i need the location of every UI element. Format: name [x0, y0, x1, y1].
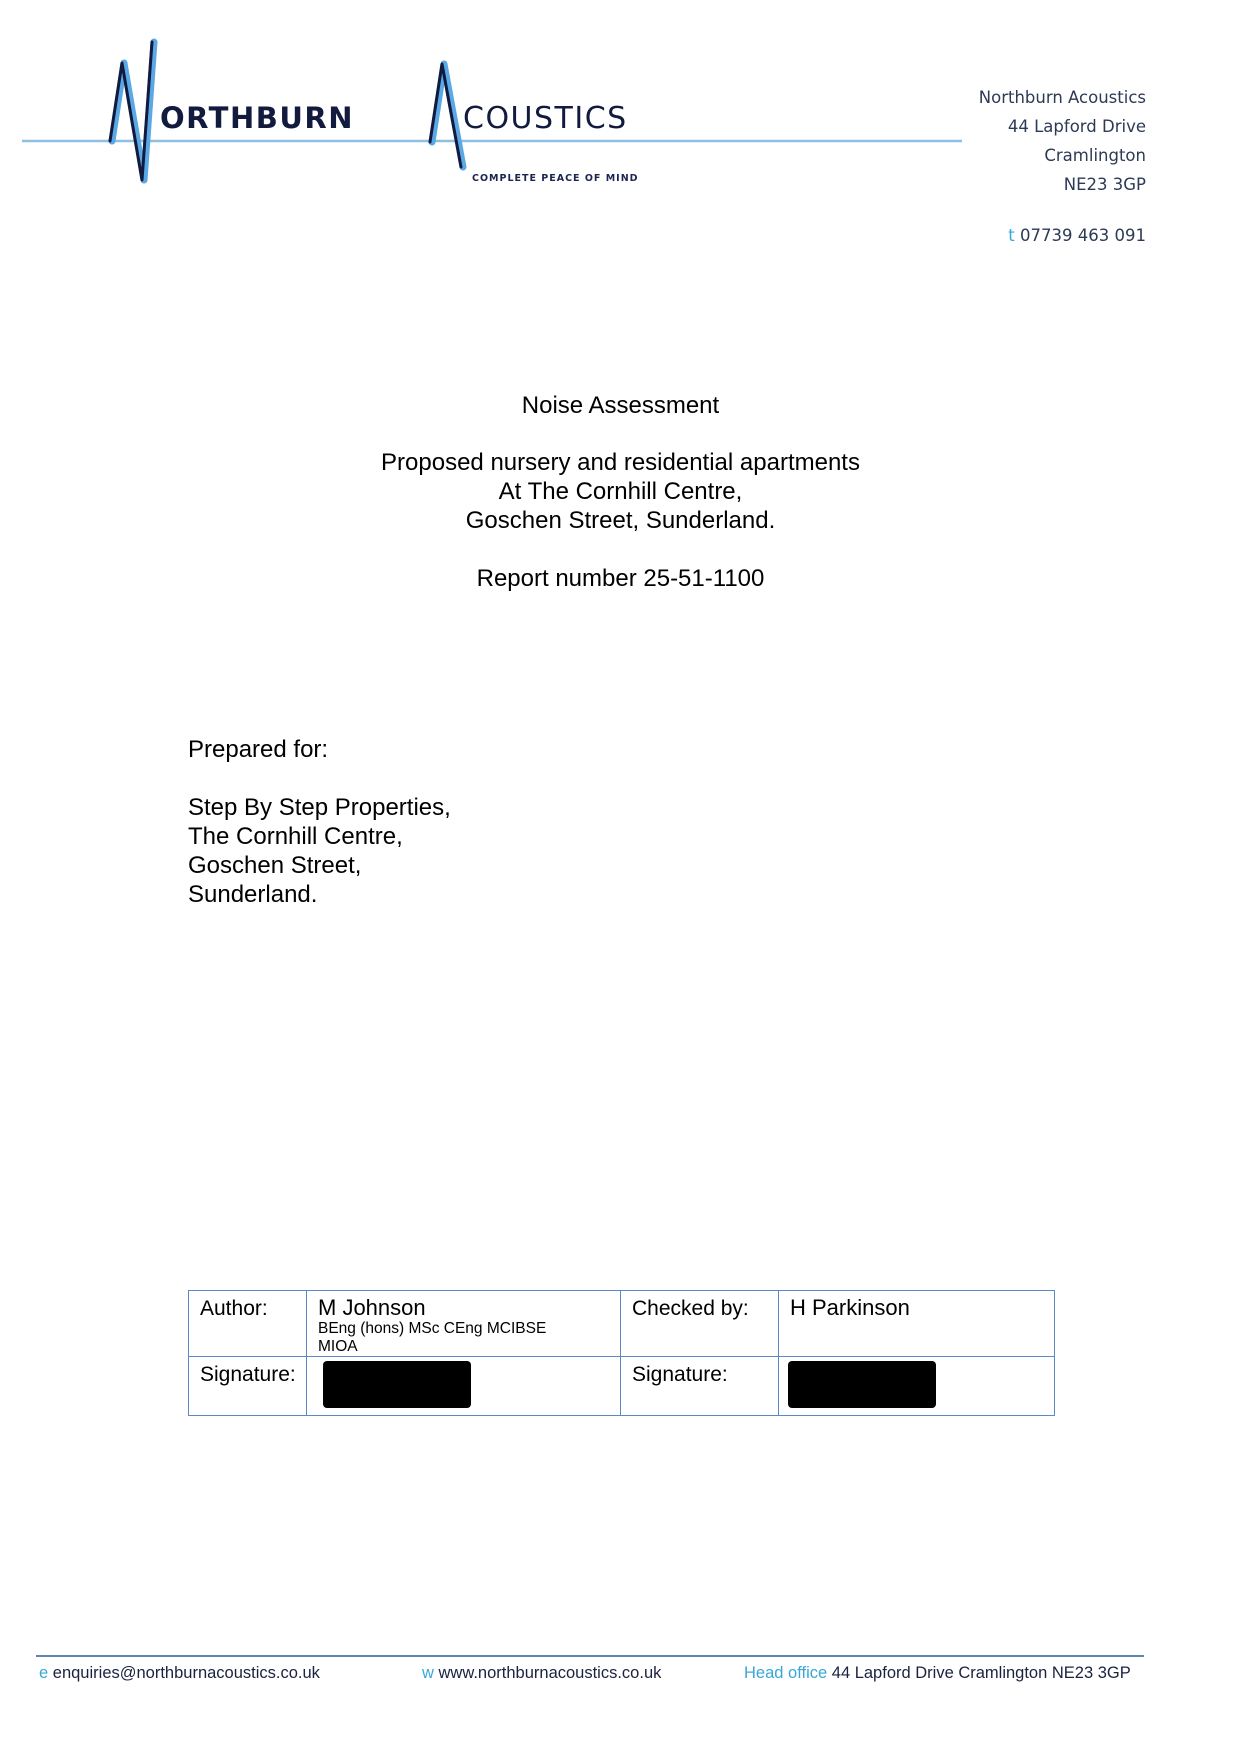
- author-quals-line-2: MIOA: [318, 1338, 620, 1356]
- northburn-acoustics-logo: ORTHBURN COUSTICS COMPLETE PEACE OF MIND: [0, 0, 980, 200]
- subtitle-line-2: At The Cornhill Centre,: [0, 477, 1241, 506]
- footer-rule: [36, 1655, 1144, 1657]
- author-signature-redacted: [323, 1361, 471, 1408]
- client-line-4: Sunderland.: [188, 880, 317, 909]
- address-street: 44 Lapford Drive: [1008, 117, 1146, 136]
- web-prefix: w: [422, 1664, 434, 1682]
- logo-word-northburn: ORTHBURN: [160, 101, 354, 135]
- logo-n-waveform-icon: [110, 42, 154, 180]
- address-company: Northburn Acoustics: [979, 88, 1146, 107]
- author-label: Author:: [189, 1291, 307, 1357]
- author-cell: M Johnson BEng (hons) MSc CEng MCIBSE MI…: [307, 1291, 621, 1357]
- author-quals-line-1: BEng (hons) MSc CEng MCIBSE: [318, 1320, 620, 1338]
- email-link[interactable]: enquiries@northburnacoustics.co.uk: [53, 1664, 320, 1682]
- signoff-table: Author: M Johnson BEng (hons) MSc CEng M…: [188, 1290, 1055, 1416]
- client-line-3: Goschen Street,: [188, 851, 361, 880]
- checked-by-label: Checked by:: [621, 1291, 779, 1357]
- signoff-row-signatures: Signature: Signature:: [189, 1357, 1055, 1416]
- signoff-row-names: Author: M Johnson BEng (hons) MSc CEng M…: [189, 1291, 1055, 1357]
- client-line-1: Step By Step Properties,: [188, 793, 451, 822]
- subtitle-line-3: Goschen Street, Sunderland.: [0, 506, 1241, 535]
- checker-signature-cell: [779, 1357, 1055, 1416]
- checked-by-name: H Parkinson: [779, 1291, 1055, 1357]
- prepared-for-heading: Prepared for:: [188, 735, 328, 764]
- phone-number: 07739 463 091: [1020, 226, 1146, 245]
- address-town: Cramlington: [1044, 146, 1146, 165]
- email-prefix: e: [39, 1664, 48, 1682]
- subtitle-line-1: Proposed nursery and residential apartme…: [0, 448, 1241, 477]
- phone-prefix: t: [1008, 226, 1014, 245]
- footer-web: w www.northburnacoustics.co.uk: [422, 1664, 661, 1683]
- office-address: 44 Lapford Drive Cramlington NE23 3GP: [832, 1664, 1131, 1682]
- footer-email: e enquiries@northburnacoustics.co.uk: [39, 1664, 320, 1683]
- client-line-2: The Cornhill Centre,: [188, 822, 403, 851]
- office-prefix: Head office: [744, 1664, 827, 1682]
- author-qualifications: BEng (hons) MSc CEng MCIBSE MIOA: [318, 1320, 620, 1356]
- author-signature-cell: [307, 1357, 621, 1416]
- footer-office: Head office 44 Lapford Drive Cramlington…: [744, 1664, 1131, 1683]
- address-phone: t 07739 463 091: [1008, 226, 1146, 245]
- author-name: M Johnson: [318, 1296, 620, 1320]
- web-link[interactable]: www.northburnacoustics.co.uk: [439, 1664, 662, 1682]
- address-postcode: NE23 3GP: [1064, 175, 1146, 194]
- logo-word-coustics: COUSTICS: [463, 101, 628, 136]
- logo-tagline: COMPLETE PEACE OF MIND: [472, 173, 639, 184]
- logo-a-waveform-icon: [430, 64, 463, 167]
- author-signature-label: Signature:: [189, 1357, 307, 1416]
- report-number: Report number 25-51-1100: [0, 564, 1241, 593]
- report-title: Noise Assessment: [0, 391, 1241, 420]
- checker-signature-label: Signature:: [621, 1357, 779, 1416]
- checker-signature-redacted: [788, 1361, 936, 1408]
